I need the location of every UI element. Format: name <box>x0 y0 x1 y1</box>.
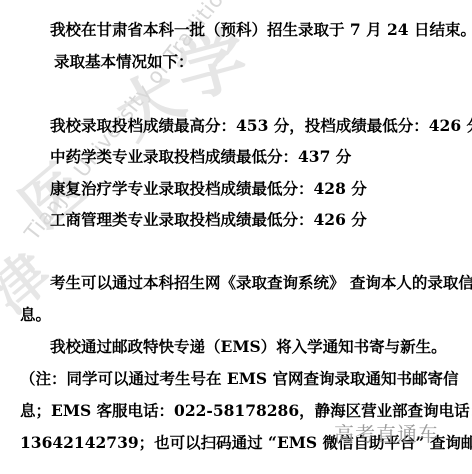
score-line-overall: 我校录取投档成绩最高分：453 分，投档成绩最低分：426 分 <box>50 116 472 136</box>
intro-paragraph: 我校在甘肃省本科一批（预科）招生录取于 7 月 24 日结束。 <box>50 20 472 40</box>
note-line-1: （注：同学可以通过考生号在 EMS 官网查询录取通知书邮寄信 <box>20 369 458 389</box>
query-info-line-2: 息。 <box>20 305 51 325</box>
source-watermark: 高考直通车 <box>334 418 439 447</box>
query-info-line-1: 考生可以通过本科招生网《录取查询系统》 查询本人的录取信 <box>50 273 472 293</box>
ems-info: 我校通过邮政特快专递（EMS）将入学通知书寄与新生。 <box>50 337 447 357</box>
subheading: 录取基本情况如下： <box>54 52 194 72</box>
score-line-tcm-pharmacy: 中药学类专业录取投档成绩最低分：437 分 <box>50 147 351 167</box>
score-line-rehab-therapy: 康复治疗学专业录取投档成绩最低分：428 分 <box>50 179 367 199</box>
score-line-business-admin: 工商管理类专业录取投档成绩最低分：426 分 <box>50 210 367 230</box>
